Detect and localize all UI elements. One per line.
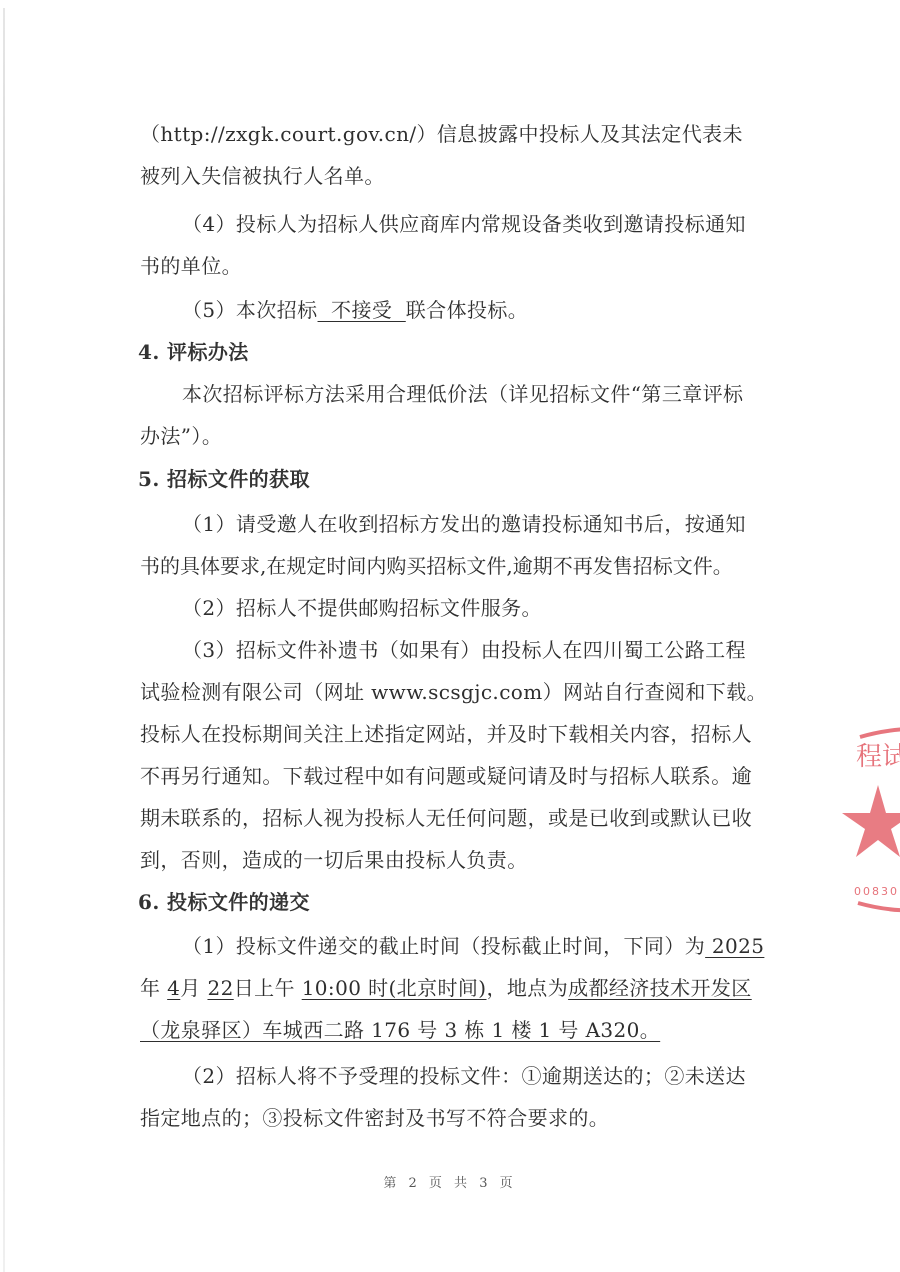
- clause-text: 联合体投标。: [406, 298, 528, 322]
- clause-text: ，地点为: [487, 976, 569, 1000]
- clause-text: 月: [180, 976, 207, 1000]
- paragraph-line: 本次招标评标方法采用合理低价法（详见招标文件“第三章评标: [182, 382, 743, 406]
- clause-text: （1）投标文件递交的截止时间（投标截止时间，下同）为: [182, 934, 705, 958]
- deadline-time: 10:00 时(北京时间): [302, 976, 487, 1000]
- clause-text: （5）本次招标: [182, 298, 318, 322]
- scan-edge-line: [3, 8, 5, 1272]
- paragraph-line: 投标人在投标期间关注上述指定网站，并及时下载相关内容，招标人: [140, 722, 752, 746]
- paragraph-line: （3）招标文件补遗书（如果有）由投标人在四川蜀工公路工程: [182, 638, 746, 662]
- submission-location: （龙泉驿区）车城西二路 176 号 3 栋 1 楼 1 号 A320。: [140, 1018, 660, 1042]
- deadline-day: 22: [207, 976, 233, 1000]
- paragraph-line: 年 4月 22日上午 10:00 时(北京时间)，地点为成都经济技术开发区: [140, 976, 752, 1000]
- paragraph-line: 到，否则，造成的一切后果由投标人负责。: [140, 848, 528, 872]
- deadline-month: 4: [167, 976, 180, 1000]
- submission-location: 成都经济技术开发区: [568, 976, 752, 1000]
- star-icon: [842, 785, 900, 857]
- paragraph-line: 期未联系的，招标人视为投标人无任何问题，或是已收到或默认已收: [140, 806, 752, 830]
- company-seal-stamp: 程试 00830: [848, 725, 900, 915]
- paragraph-line: 被列入失信被执行人名单。: [140, 164, 385, 188]
- section-heading: 4. 评标办法: [138, 340, 249, 364]
- paragraph-line: 指定地点的；③投标文件密封及书写不符合要求的。: [140, 1106, 609, 1130]
- paragraph-line: 书的具体要求,在规定时间内购买招标文件,逾期不再发售招标文件。: [140, 554, 733, 578]
- clause-text: 年: [140, 976, 167, 1000]
- deadline-year: 2025: [705, 934, 764, 958]
- paragraph-line: （1）投标文件递交的截止时间（投标截止时间，下同）为 2025: [182, 934, 764, 958]
- clause-text: 日上午: [234, 976, 302, 1000]
- stamp-bottom-text: 00830: [854, 885, 899, 898]
- paragraph-line: 试验检测有限公司（网址 www.scsgjc.com）网站自行查阅和下载。: [140, 680, 767, 704]
- paragraph-line: 办法”）。: [140, 424, 222, 448]
- section-heading: 6. 投标文件的递交: [138, 890, 310, 914]
- paragraph-line: （2）招标人将不予受理的投标文件：①逾期送达的；②未送达: [182, 1064, 746, 1088]
- paragraph-line: （5）本次招标 不接受 联合体投标。: [182, 298, 528, 322]
- paragraph-line: （2）招标人不提供邮购招标文件服务。: [182, 596, 542, 620]
- stamp-top-text: 程试: [856, 742, 900, 772]
- paragraph-line: 书的单位。: [140, 254, 242, 278]
- paragraph-line: （1）请受邀人在收到招标方发出的邀请投标通知书后，按通知: [182, 512, 746, 536]
- section-heading: 5. 招标文件的获取: [138, 467, 310, 491]
- paragraph-line: （4）投标人为招标人供应商库内常规设备类收到邀请投标通知: [182, 212, 746, 236]
- paragraph-line: （龙泉驿区）车城西二路 176 号 3 栋 1 楼 1 号 A320。: [140, 1018, 660, 1042]
- paragraph-line: 不再另行通知。下载过程中如有问题或疑问请及时与招标人联系。逾: [140, 764, 752, 788]
- filled-blank: 不接受: [318, 298, 406, 322]
- page-number: 第 2 页 共 3 页: [0, 1172, 900, 1191]
- paragraph-line: （http://zxgk.court.gov.cn/）信息披露中投标人及其法定代…: [140, 122, 743, 146]
